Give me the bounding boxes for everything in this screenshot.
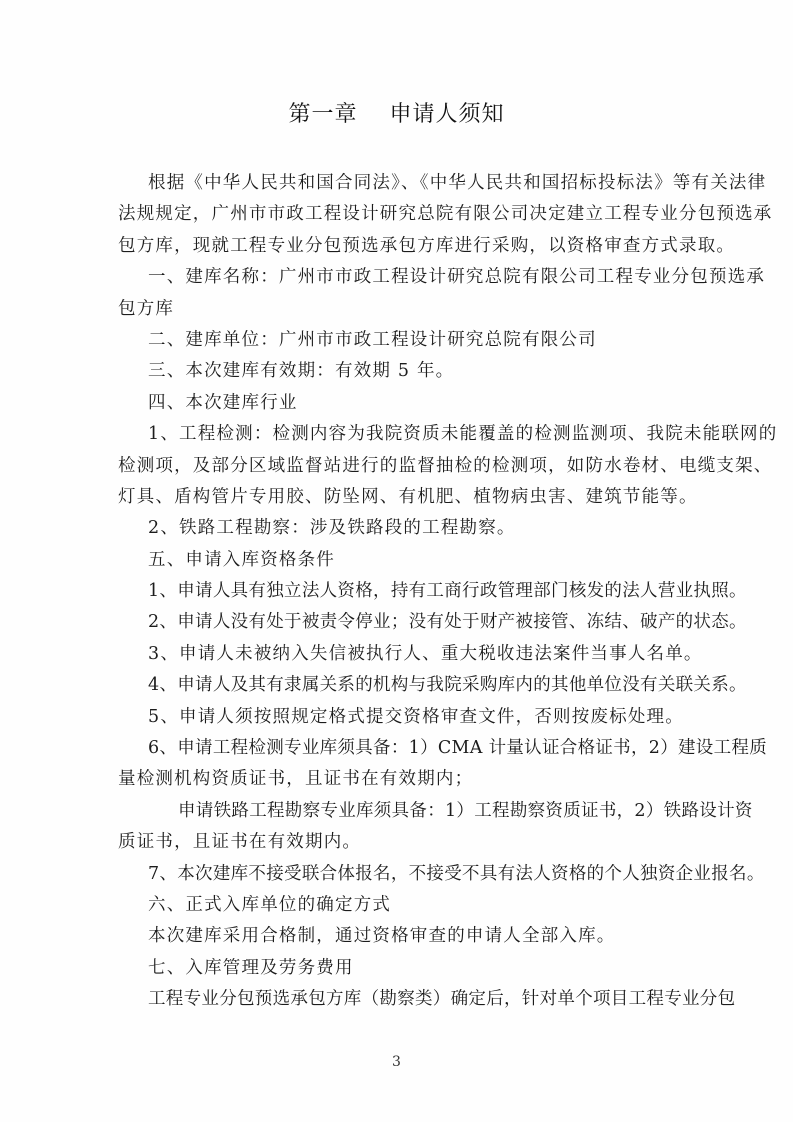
paragraph-line: 包方库，现就工程专业分包预选承包方库进行采购，以资格审查方式录取。 — [118, 231, 686, 262]
document-page: 第一章 申请人须知 根据《中华人民共和国合同法》、《中华人民共和国招标投标法》等… — [0, 0, 793, 1122]
paragraph-line: 检测项，及部分区域监督站进行的监督抽检的检测项，如防水卷材、电缆支架、 — [118, 451, 686, 482]
paragraph-line: 灯具、盾构管片专用胶、防坠网、有机肥、植物病虫害、建筑节能等。 — [118, 482, 686, 513]
paragraph-line: 根据《中华人民共和国合同法》、《中华人民共和国招标投标法》等有关法律 — [118, 168, 686, 199]
list-item: 7、本次建库不接受联合体报名，不接受不具有法人资格的个人独资企业报名。 — [118, 859, 686, 890]
list-item: 1、申请人具有独立法人资格，持有工商行政管理部门核发的法人营业执照。 — [118, 576, 686, 607]
section-heading-1: 一、建库名称：广州市市政工程设计研究总院有限公司工程专业分包预选承 — [118, 262, 686, 293]
section-heading-7: 七、入库管理及劳务费用 — [118, 953, 686, 984]
list-item: 2、申请人没有处于被责令停业；没有处于财产被接管、冻结、破产的状态。 — [118, 607, 686, 638]
section-heading-2: 二、建库单位：广州市市政工程设计研究总院有限公司 — [118, 325, 686, 356]
section-heading-3: 三、本次建库有效期：有效期 5 年。 — [118, 356, 686, 387]
list-item: 6、申请工程检测专业库须具备：1）CMA 计量认证合格证书，2）建设工程质 — [118, 733, 686, 764]
list-item: 1、工程检测：检测内容为我院资质未能覆盖的检测监测项、我院未能联网的 — [118, 419, 686, 450]
section-heading-5: 五、申请入库资格条件 — [118, 545, 686, 576]
paragraph-line: 包方库 — [118, 294, 686, 325]
section-heading-4: 四、本次建库行业 — [118, 388, 686, 419]
document-body: 根据《中华人民共和国合同法》、《中华人民共和国招标投标法》等有关法律 法规规定，… — [118, 168, 686, 1016]
chapter-title: 第一章 申请人须知 — [0, 100, 793, 130]
section-heading-6: 六、正式入库单位的确定方式 — [118, 890, 686, 921]
list-item: 申请铁路工程勘察专业库须具备：1）工程勘察资质证书，2）铁路设计资 — [118, 796, 686, 827]
list-item: 2、铁路工程勘察：涉及铁路段的工程勘察。 — [118, 513, 686, 544]
list-item: 5、申请人须按照规定格式提交资格审查文件，否则按废标处理。 — [118, 702, 686, 733]
paragraph-line: 质证书，且证书在有效期内。 — [118, 827, 686, 858]
paragraph-line: 本次建库采用合格制，通过资格审查的申请人全部入库。 — [118, 921, 686, 952]
page-number: 3 — [0, 1054, 793, 1070]
list-item: 4、申请人及其有隶属关系的机构与我院采购库内的其他单位没有关联关系。 — [118, 670, 686, 701]
paragraph-line: 量检测机构资质证书，且证书在有效期内； — [118, 764, 686, 795]
list-item: 3、申请人未被纳入失信被执行人、重大税收违法案件当事人名单。 — [118, 639, 686, 670]
paragraph-line: 法规规定，广州市市政工程设计研究总院有限公司决定建立工程专业分包预选承 — [118, 199, 686, 230]
paragraph-line: 工程专业分包预选承包方库（勘察类）确定后，针对单个项目工程专业分包 — [118, 984, 686, 1015]
